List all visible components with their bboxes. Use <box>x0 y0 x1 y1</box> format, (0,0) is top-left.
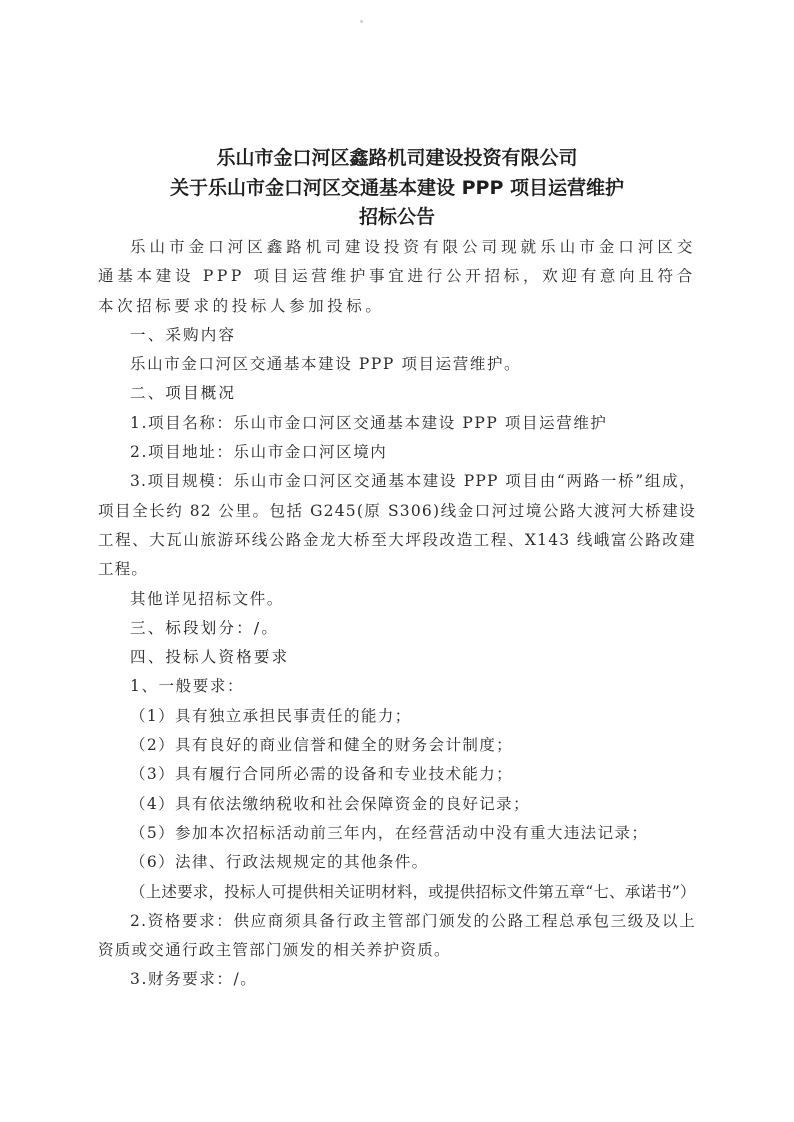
title-company: 乐山市金口河区鑫路机司建设投资有限公司 <box>0 144 794 174</box>
requirements-note: （上述要求，投标人可提供相关证明材料，或提供招标文件第五章“七、承诺书”） <box>98 878 696 907</box>
requirement-item: （2）具有良好的商业信誉和健全的财务会计制度； <box>98 731 696 760</box>
document-title: 乐山市金口河区鑫路机司建设投资有限公司 关于乐山市金口河区交通基本建设 PPP … <box>0 144 794 233</box>
section-2-heading: 二、项目概况 <box>98 379 696 408</box>
section-3-heading: 三、标段划分：/。 <box>98 614 696 643</box>
requirement-item: （3）具有履行合同所必需的设备和专业技术能力； <box>98 760 696 789</box>
section-1-heading: 一、采购内容 <box>98 321 696 350</box>
project-name: 1.项目名称：乐山市金口河区交通基本建设 PPP 项目运营维护 <box>98 409 696 438</box>
qualification-requirements: 2.资格要求：供应商须具备行政主管部门颁发的公路工程总承包三级及以上资质或交通行… <box>98 907 696 966</box>
requirement-item: （1）具有独立承担民事责任的能力； <box>98 702 696 731</box>
document-body: 乐山市金口河区鑫路机司建设投资有限公司现就乐山市金口河区交通基本建设 PPP 项… <box>98 233 696 995</box>
general-requirements-label: 1、一般要求： <box>98 672 696 701</box>
financial-requirements: 3.财务要求：/。 <box>98 965 696 994</box>
intro-paragraph: 乐山市金口河区鑫路机司建设投资有限公司现就乐山市金口河区交通基本建设 PPP 项… <box>98 233 696 321</box>
title-project: 关于乐山市金口河区交通基本建设 PPP 项目运营维护 <box>0 174 794 204</box>
section-4-heading: 四、投标人资格要求 <box>98 643 696 672</box>
requirement-item: （4）具有依法缴纳税收和社会保障资金的良好记录； <box>98 790 696 819</box>
requirement-item: （6）法律、行政法规规定的其他条件。 <box>98 848 696 877</box>
project-note: 其他详见招标文件。 <box>98 585 696 614</box>
title-notice: 招标公告 <box>0 203 794 233</box>
requirement-item: （5）参加本次招标活动前三年内，在经营活动中没有重大违法记录； <box>98 819 696 848</box>
scan-speck <box>360 20 363 23</box>
project-scale: 3.项目规模：乐山市金口河区交通基本建设 PPP 项目由“两路一桥”组成，项目全… <box>98 467 696 584</box>
project-address: 2.项目地址：乐山市金口河区境内 <box>98 438 696 467</box>
section-1-content: 乐山市金口河区交通基本建设 PPP 项目运营维护。 <box>98 350 696 379</box>
